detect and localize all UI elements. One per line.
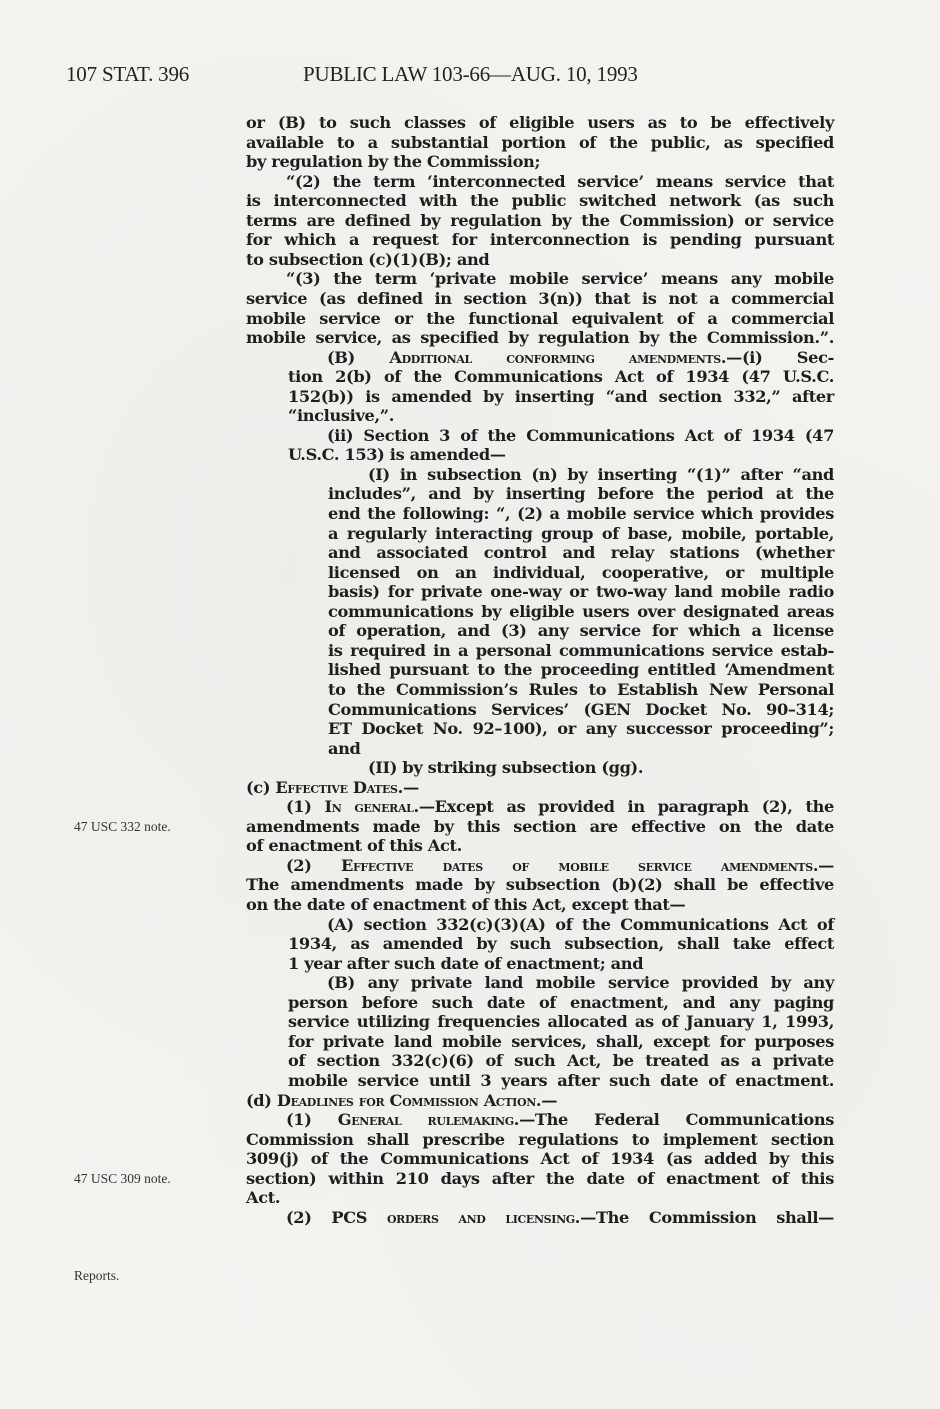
text-span: (II) by striking subsection (gg). — [368, 758, 643, 777]
text-span: — — [541, 1091, 557, 1110]
text-span: person before such date of enactment, an… — [288, 993, 834, 1012]
text-line: is interconnected with the public switch… — [246, 191, 834, 210]
text-line: (II) by striking subsection (gg). — [368, 758, 643, 777]
text-span: (c) — [246, 778, 275, 797]
text-line: “(2) the term ‘interconnected service’ m… — [286, 172, 834, 191]
text-span: a regularly interacting group of base, m… — [328, 524, 834, 543]
text-line: “(3) the term ‘private mobile service’ m… — [286, 269, 834, 288]
text-line: and associated control and relay station… — [328, 543, 834, 562]
text-line: of section 332(c)(6) of such Act, be tre… — [288, 1051, 834, 1070]
margin-note: 47 USC 309 note. — [74, 1171, 171, 1187]
text-line: ET Docket No. 92–100), or any successor … — [328, 719, 834, 738]
text-span: tion 2(b) of the Communications Act of 1… — [288, 367, 834, 386]
text-span: U.S.C. 153) is amended— — [288, 445, 506, 464]
text-line: is required in a personal communications… — [328, 641, 834, 660]
text-span: The amendments made by subsection (b)(2)… — [246, 875, 834, 894]
text-span: mobile service until 3 years after such … — [288, 1071, 834, 1090]
text-span: to the Commission’s Rules to Establish N… — [328, 680, 834, 699]
text-line: lished pursuant to the proceeding entitl… — [328, 660, 834, 679]
text-span: “(3) the term ‘private mobile service’ m… — [286, 269, 834, 288]
text-line: mobile service until 3 years after such … — [288, 1071, 834, 1090]
text-span: and associated control and relay station… — [328, 543, 834, 562]
text-line: 1 year after such date of enactment; and — [288, 954, 643, 973]
text-span: is required in a personal communications… — [328, 641, 834, 660]
text-span: licensed on an individual, cooperative, … — [328, 563, 834, 582]
text-span: ET Docket No. 92–100), or any successor … — [328, 719, 834, 738]
text-line: Commission shall prescribe regulations t… — [246, 1130, 834, 1149]
text-span: Communications Services’ (GEN Docket No.… — [328, 700, 834, 719]
text-line: (d) Deadlines for Commission Action.— — [246, 1091, 557, 1110]
text-span: service utilizing frequencies allocated … — [288, 1012, 834, 1031]
text-span: service (as defined in section 3(n)) tha… — [246, 289, 834, 308]
text-line: 152(b)) is amended by inserting “and sec… — [288, 387, 834, 406]
text-span: (B) — [327, 348, 389, 367]
text-span: for which a request for interconnection … — [246, 230, 834, 249]
text-line: (A) section 332(c)(3)(A) of the Communic… — [327, 915, 834, 934]
text-span: amendments made by this section are effe… — [246, 817, 834, 836]
text-span: communications by eligible users over de… — [328, 602, 834, 621]
text-span: of enactment of this Act. — [246, 836, 462, 855]
text-span: on the date of enactment of this Act, ex… — [246, 895, 685, 914]
text-line: on the date of enactment of this Act, ex… — [246, 895, 685, 914]
text-span: (B) any private land mobile service prov… — [327, 973, 834, 992]
text-line: tion 2(b) of the Communications Act of 1… — [288, 367, 834, 386]
section-heading: Deadlines for Commission Action. — [277, 1091, 541, 1110]
text-span: (I) in subsection (n) by inserting “(1)”… — [368, 465, 834, 484]
text-line: includes”, and by inserting before the p… — [328, 484, 834, 503]
text-line: (ii) Section 3 of the Communications Act… — [327, 426, 834, 445]
text-span: to subsection (c)(1)(B); and — [246, 250, 489, 269]
text-span: (2) PCS — [286, 1208, 387, 1227]
text-line: section) within 210 days after the date … — [246, 1169, 834, 1188]
text-span: — — [818, 856, 834, 875]
text-line: to subsection (c)(1)(B); and — [246, 250, 489, 269]
text-line: terms are defined by regulation by the C… — [246, 211, 834, 230]
text-span: by regulation by the Commission; — [246, 152, 540, 171]
text-span: basis) for private one-way or two-way la… — [328, 582, 834, 601]
text-span: —(i) Sec- — [726, 348, 834, 367]
text-span: 152(b)) is amended by inserting “and sec… — [288, 387, 834, 406]
text-span: Act. — [246, 1188, 280, 1207]
text-line: amendments made by this section are effe… — [246, 817, 834, 836]
margin-note: Reports. — [74, 1268, 119, 1284]
text-span: 1934, as amended by such subsection, sha… — [288, 934, 834, 953]
text-line: mobile service or the functional equival… — [246, 309, 834, 328]
text-line: of operation, and (3) any service for wh… — [328, 621, 834, 640]
text-line: (c) Effective Dates.— — [246, 778, 419, 797]
text-line: for which a request for interconnection … — [246, 230, 834, 249]
section-heading: Effective dates of mobile service amendm… — [341, 856, 818, 875]
text-line: (B) Additional conforming amendments.—(i… — [327, 348, 834, 367]
text-span: lished pursuant to the proceeding entitl… — [328, 660, 834, 679]
text-span: — — [403, 778, 419, 797]
text-line: end the following: “, (2) a mobile servi… — [328, 504, 834, 523]
text-span: —The Federal Communications — [519, 1110, 834, 1129]
text-span: 309(j) of the Communications Act of 1934… — [246, 1149, 834, 1168]
text-span: 1 year after such date of enactment; and — [288, 954, 643, 973]
margin-note: 47 USC 332 note. — [74, 819, 171, 835]
text-span: is interconnected with the public switch… — [246, 191, 834, 210]
text-span: and — [328, 739, 361, 758]
text-line: U.S.C. 153) is amended— — [288, 445, 506, 464]
text-line: 1934, as amended by such subsection, sha… — [288, 934, 834, 953]
page-reference: 107 STAT. 396 — [66, 62, 189, 87]
text-line: “inclusive,”. — [288, 406, 394, 425]
text-line: (1) In general.—Except as provided in pa… — [286, 797, 834, 816]
text-span: of section 332(c)(6) of such Act, be tre… — [288, 1051, 834, 1070]
text-line: and — [328, 739, 361, 758]
text-span: (d) — [246, 1091, 277, 1110]
text-line: The amendments made by subsection (b)(2)… — [246, 875, 834, 894]
section-heading: Additional conforming amendments. — [389, 348, 726, 367]
text-span: (ii) Section 3 of the Communications Act… — [327, 426, 834, 445]
section-heading: In general. — [324, 797, 418, 816]
text-span: of operation, and (3) any service for wh… — [328, 621, 834, 640]
section-heading: orders and licensing. — [387, 1208, 580, 1227]
text-line: or (B) to such classes of eligible users… — [246, 113, 834, 132]
text-line: by regulation by the Commission; — [246, 152, 540, 171]
text-line: person before such date of enactment, an… — [288, 993, 834, 1012]
text-span: terms are defined by regulation by the C… — [246, 211, 834, 230]
text-span: end the following: “, (2) a mobile servi… — [328, 504, 834, 523]
text-span: (1) — [286, 1110, 338, 1129]
text-span: (A) section 332(c)(3)(A) of the Communic… — [327, 915, 834, 934]
text-line: service (as defined in section 3(n)) tha… — [246, 289, 834, 308]
text-line: basis) for private one-way or two-way la… — [328, 582, 834, 601]
text-line: mobile service, as specified by regulati… — [246, 328, 834, 347]
text-line: 309(j) of the Communications Act of 1934… — [246, 1149, 834, 1168]
text-line: available to a substantial portion of th… — [246, 133, 834, 152]
text-span: (1) — [286, 797, 324, 816]
text-line: to the Commission’s Rules to Establish N… — [328, 680, 834, 699]
text-line: Act. — [246, 1188, 280, 1207]
text-line: licensed on an individual, cooperative, … — [328, 563, 834, 582]
text-span: mobile service, as specified by regulati… — [246, 328, 834, 347]
text-span: (2) — [286, 856, 341, 875]
running-title: PUBLIC LAW 103-66—AUG. 10, 1993 — [303, 62, 638, 87]
text-span: mobile service or the functional equival… — [246, 309, 834, 328]
text-span: available to a substantial portion of th… — [246, 133, 834, 152]
text-span: includes”, and by inserting before the p… — [328, 484, 834, 503]
text-line: (2) Effective dates of mobile service am… — [286, 856, 834, 875]
text-span: or (B) to such classes of eligible users… — [246, 113, 834, 132]
text-span: section) within 210 days after the date … — [246, 1169, 834, 1188]
text-span: —The Commission shall— — [580, 1208, 834, 1227]
text-span: Commission shall prescribe regulations t… — [246, 1130, 834, 1149]
section-heading: General rulemaking. — [338, 1110, 519, 1129]
text-span: “(2) the term ‘interconnected service’ m… — [286, 172, 834, 191]
text-span: “inclusive,”. — [288, 406, 394, 425]
text-line: a regularly interacting group of base, m… — [328, 524, 834, 543]
text-line: for private land mobile services, shall,… — [288, 1032, 834, 1051]
text-line: (1) General rulemaking.—The Federal Comm… — [286, 1110, 834, 1129]
text-line: of enactment of this Act. — [246, 836, 462, 855]
text-line: service utilizing frequencies allocated … — [288, 1012, 834, 1031]
text-line: (2) PCS orders and licensing.—The Commis… — [286, 1208, 834, 1227]
text-line: communications by eligible users over de… — [328, 602, 834, 621]
text-span: —Except as provided in paragraph (2), th… — [419, 797, 834, 816]
text-line: Communications Services’ (GEN Docket No.… — [328, 700, 834, 719]
section-heading: Effective Dates. — [275, 778, 403, 797]
text-line: (I) in subsection (n) by inserting “(1)”… — [368, 465, 834, 484]
text-span: for private land mobile services, shall,… — [288, 1032, 834, 1051]
text-line: (B) any private land mobile service prov… — [327, 973, 834, 992]
